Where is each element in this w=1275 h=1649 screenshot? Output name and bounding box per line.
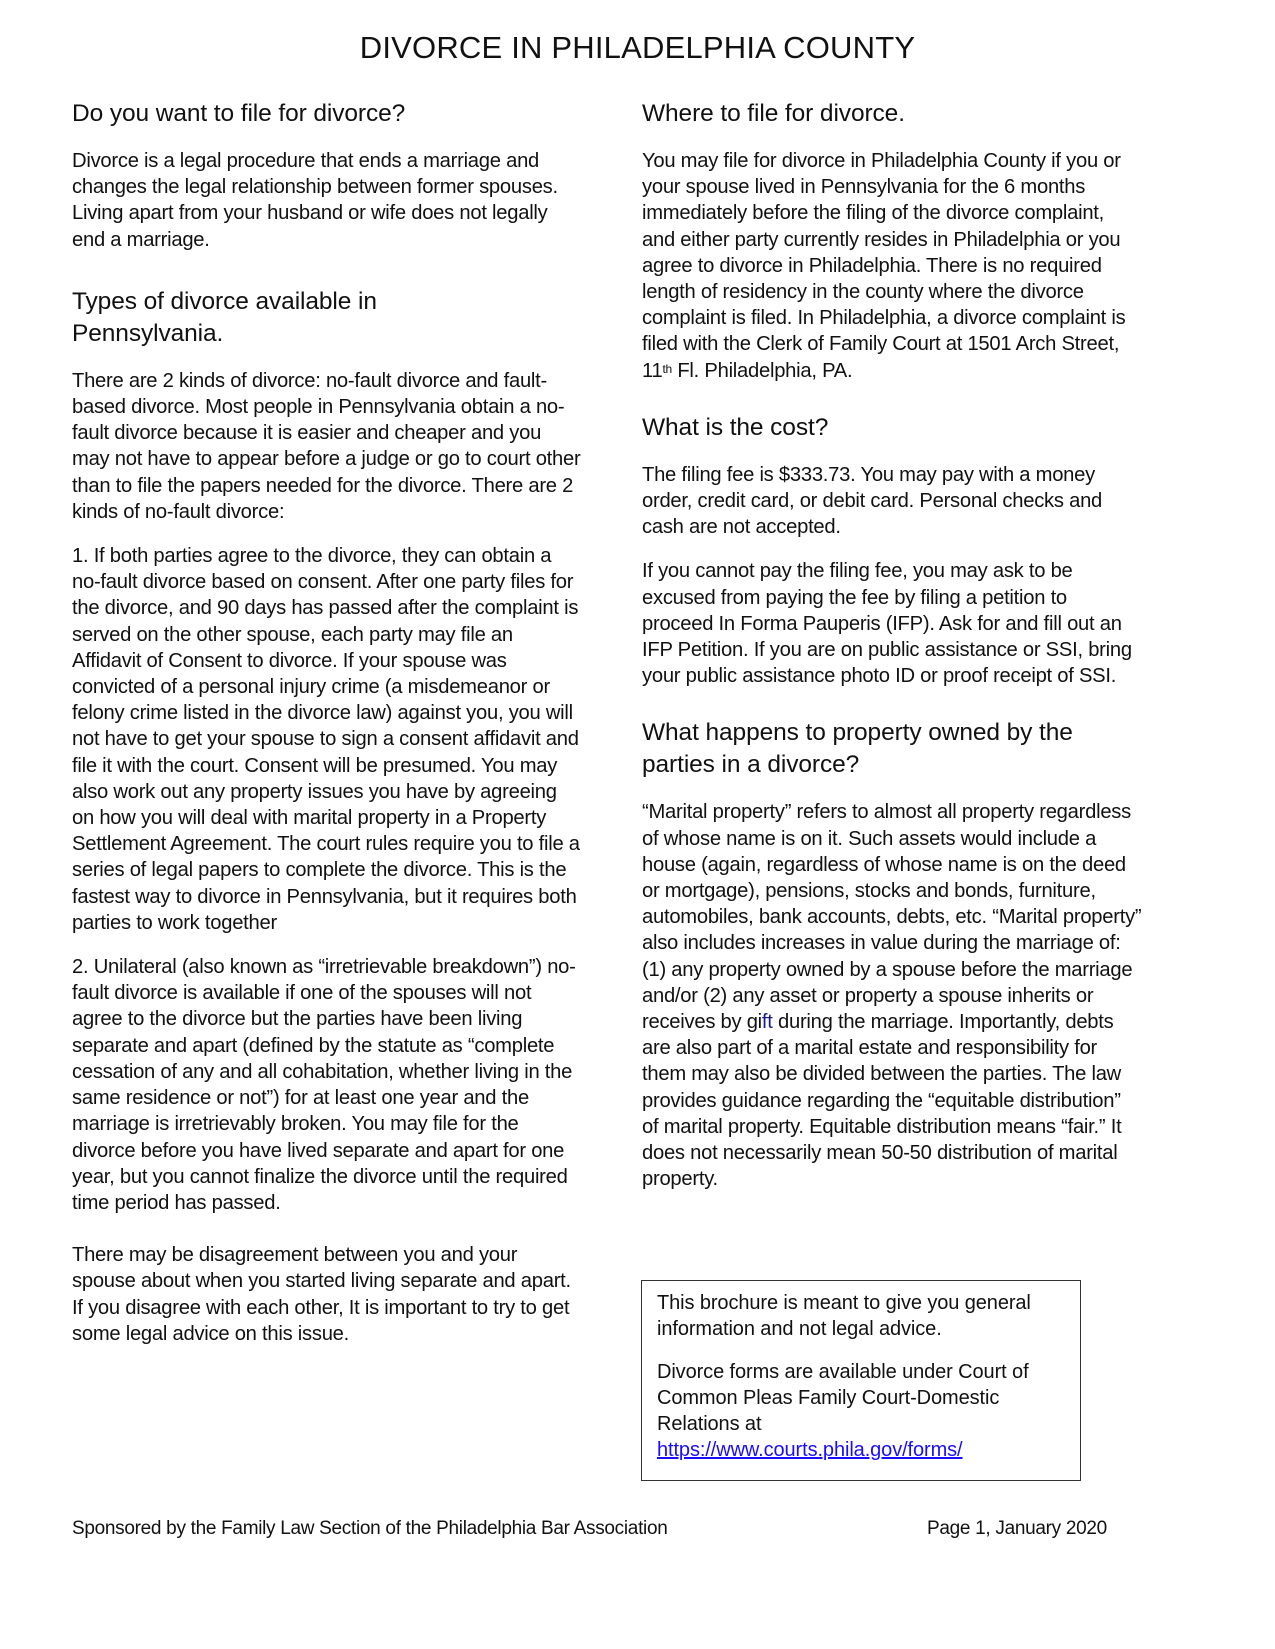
types-intro-paragraph: There are 2 kinds of divorce: no-fault d… bbox=[72, 368, 582, 525]
section-heading: Types of divorce available in Pennsylvan… bbox=[72, 286, 492, 350]
footer-sponsor: Sponsored by the Family Law Section of t… bbox=[72, 1516, 668, 1542]
unilateral-no-fault-item: 2. Unilateral (also known as “irretrieva… bbox=[72, 954, 582, 1216]
section-heading: Where to file for divorce. bbox=[642, 98, 1142, 130]
section-types-of-divorce: Types of divorce available in Pennsylvan… bbox=[72, 286, 582, 1347]
forms-link[interactable]: https://www.courts.phila.gov/forms/ bbox=[657, 1439, 963, 1461]
right-column: Where to file for divorce. You may file … bbox=[642, 98, 1142, 1193]
section-do-you-want-to-file: Do you want to file for divorce? Divorce… bbox=[72, 98, 582, 253]
section-heading: What happens to property owned by the pa… bbox=[642, 717, 1142, 781]
text-highlight: ft bbox=[762, 1011, 773, 1033]
section-where-to-file: Where to file for divorce. You may file … bbox=[642, 98, 1142, 384]
left-column: Do you want to file for divorce? Divorce… bbox=[72, 98, 582, 1347]
page-title: DIVORCE IN PHILADELPHIA COUNTY bbox=[0, 30, 1275, 66]
forms-link-line: https://www.courts.phila.gov/forms/ bbox=[657, 1437, 1066, 1463]
ordinal-suffix: th bbox=[662, 362, 672, 376]
text: You may file for divorce in Philadelphia… bbox=[642, 150, 1125, 382]
filing-fee-paragraph: The filing fee is $333.73. You may pay w… bbox=[642, 462, 1142, 541]
text: during the marriage. Importantly, debts … bbox=[642, 1011, 1121, 1190]
forms-availability-text: Divorce forms are available under Court … bbox=[657, 1359, 1057, 1437]
marital-property-paragraph: “Marital property” refers to almost all … bbox=[642, 799, 1142, 1192]
section-cost: What is the cost? The filing fee is $333… bbox=[642, 412, 1142, 690]
section-property: What happens to property owned by the pa… bbox=[642, 717, 1142, 1192]
section-paragraph: Divorce is a legal procedure that ends a… bbox=[72, 148, 582, 253]
footer-page-info: Page 1, January 2020 bbox=[927, 1516, 1107, 1542]
ifp-paragraph: If you cannot pay the filing fee, you ma… bbox=[642, 558, 1142, 689]
where-to-file-paragraph: You may file for divorce in Philadelphia… bbox=[642, 148, 1142, 384]
disagreement-paragraph: There may be disagreement between you an… bbox=[72, 1242, 582, 1347]
section-heading: What is the cost? bbox=[642, 412, 1142, 444]
disclaimer-text: This brochure is meant to give you gener… bbox=[657, 1290, 1067, 1342]
no-fault-consent-item: 1. If both parties agree to the divorce,… bbox=[72, 543, 582, 936]
section-heading: Do you want to file for divorce? bbox=[72, 98, 582, 130]
text: Fl. Philadelphia, PA. bbox=[672, 360, 852, 382]
text: “Marital property” refers to almost all … bbox=[642, 801, 1141, 1033]
disclaimer-box: This brochure is meant to give you gener… bbox=[641, 1280, 1081, 1481]
